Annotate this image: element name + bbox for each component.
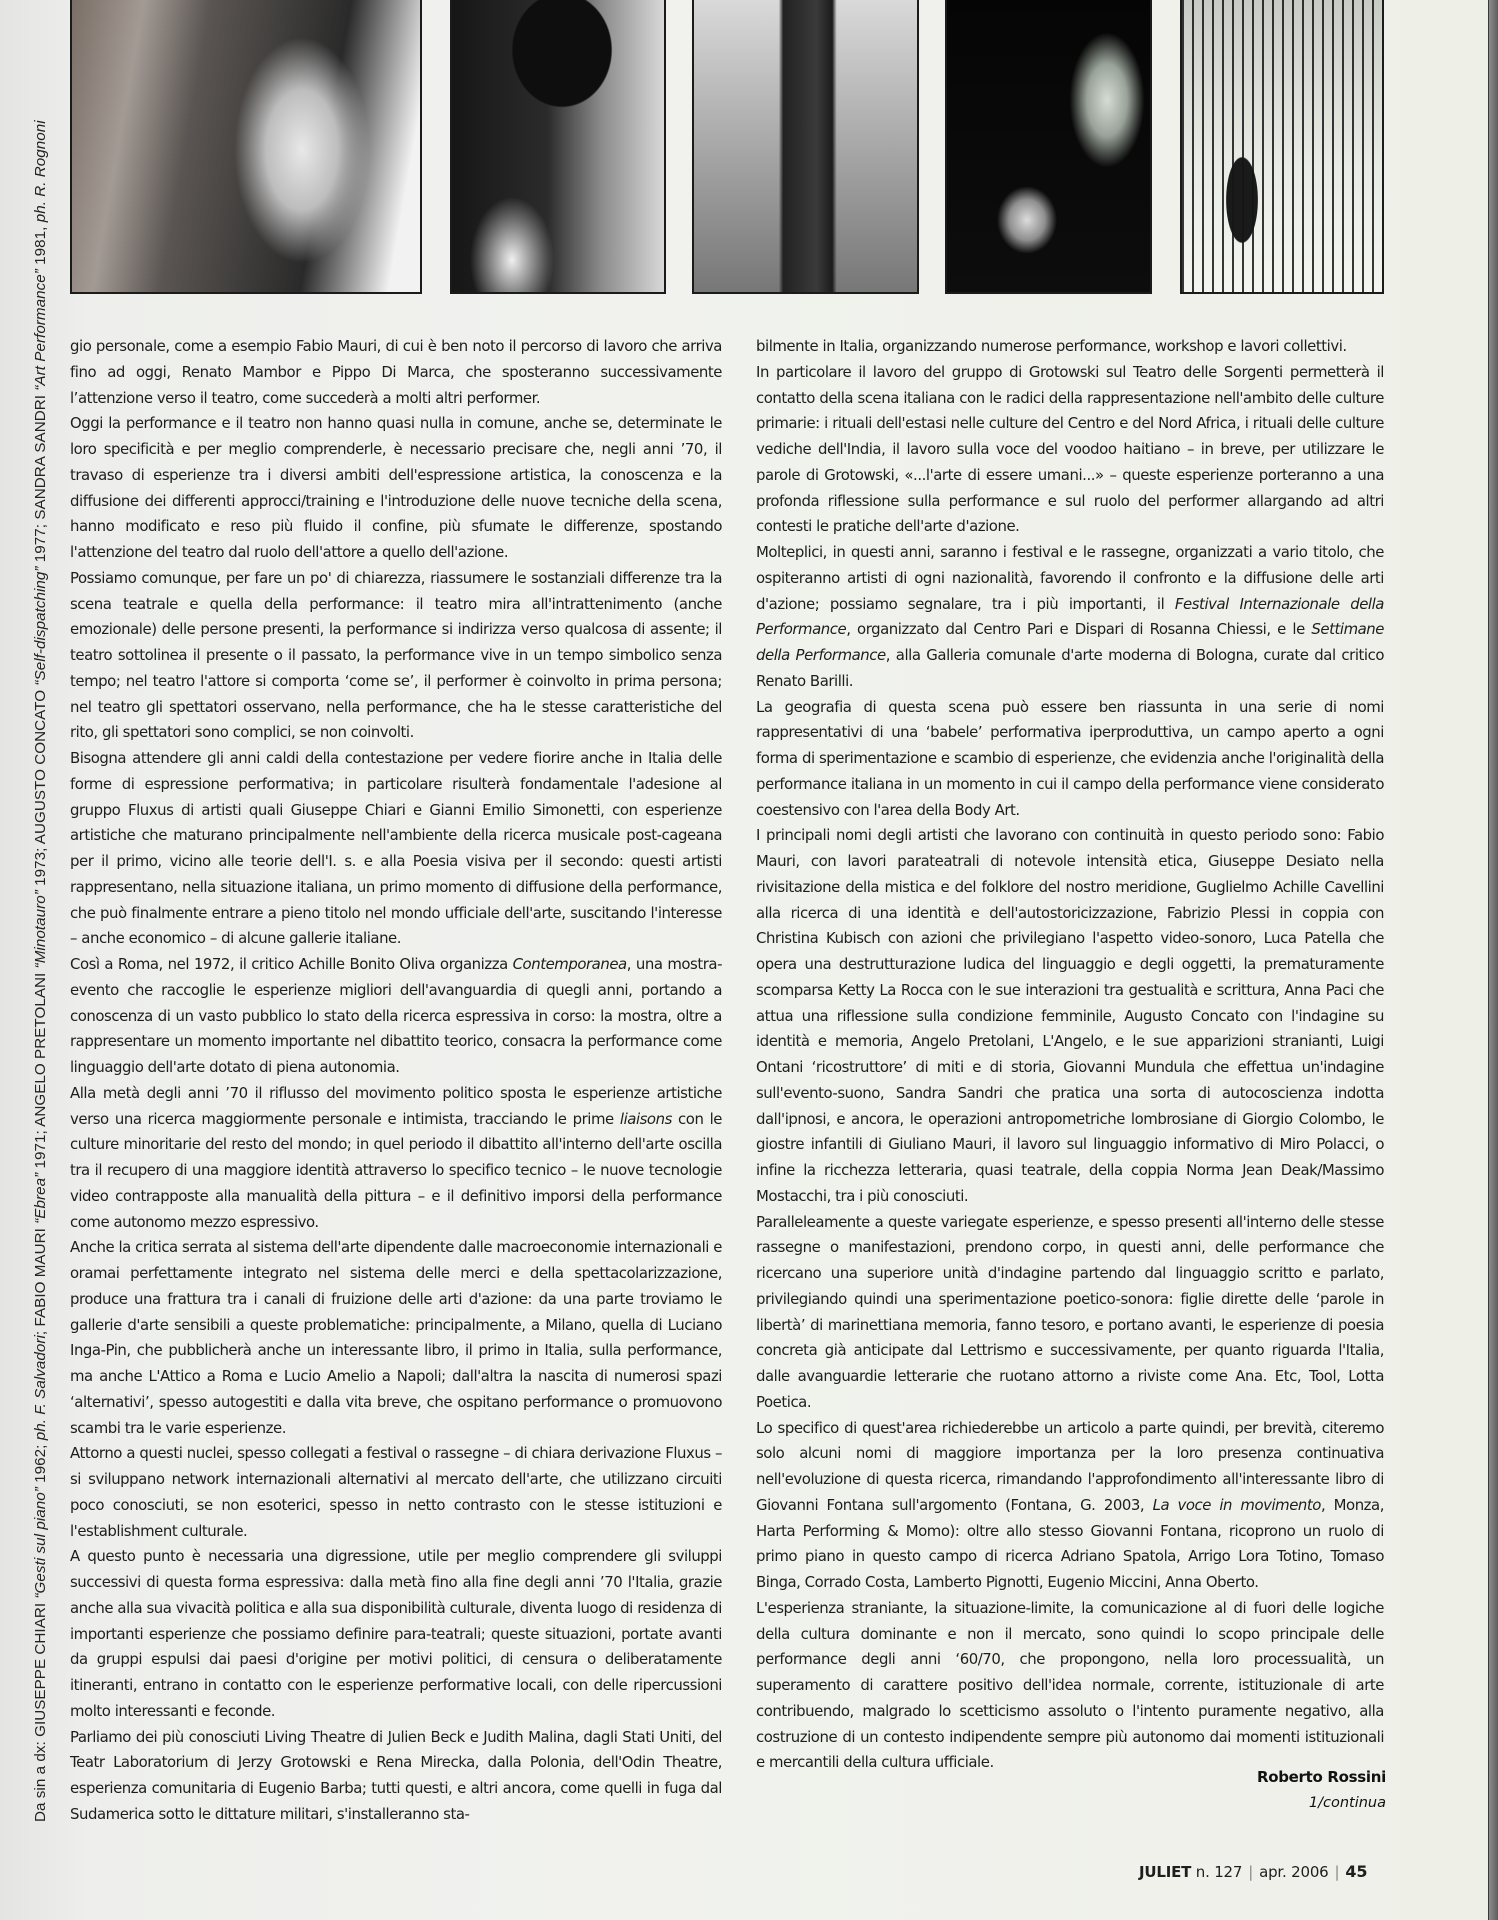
page-footer: JULIET n. 127|apr. 2006|45 [1139, 1862, 1367, 1881]
magazine-page: Da sin a dx: GIUSEPPE CHIARI “Gesti sul … [0, 0, 1489, 1920]
article-column-left: gio personale, come a esempio Fabio Maur… [70, 334, 722, 1828]
paragraph: I principali nomi degli artisti che lavo… [756, 823, 1384, 1209]
paragraph: In particolare il lavoro del gruppo di G… [756, 360, 1384, 540]
photo-image [947, 0, 1150, 292]
paragraph: L'esperienza straniante, la situazione-l… [756, 1596, 1384, 1776]
paragraph: La geografia di questa scena può essere … [756, 695, 1384, 824]
article-column-right: bilmente in Italia, organizzando numeros… [756, 334, 1384, 1776]
italic-term: liaisons [620, 1110, 672, 1128]
italic-title: La voce in movimento [1153, 1496, 1321, 1514]
photo-caption-vertical: Da sin a dx: GIUSEPPE CHIARI “Gesti sul … [32, 120, 49, 1822]
photo-fabio-mauri [450, 0, 666, 294]
paragraph: Così a Roma, nel 1972, il critico Achill… [70, 952, 722, 1081]
caption-prefix: Da sin a dx: [32, 1737, 49, 1822]
paragraph: Bisogna attendere gli anni caldi della c… [70, 746, 722, 952]
footer-separator: | [1335, 1863, 1340, 1881]
paragraph: Possiamo comunque, per fare un po' di ch… [70, 566, 722, 746]
photo-image [72, 0, 420, 292]
footer-separator: | [1248, 1863, 1253, 1881]
photo-augusto-concato [945, 0, 1152, 294]
continuation-note: 1/continua [756, 1790, 1386, 1816]
photo-angelo-pretolani [692, 0, 919, 294]
paragraph: Attorno a questi nuclei, spesso collegat… [70, 1441, 722, 1544]
photo-image [694, 0, 917, 292]
author-name: Roberto Rossini [756, 1764, 1386, 1790]
photo-giuseppe-chiari [70, 0, 422, 294]
photo-image [1182, 0, 1382, 292]
paragraph: Oggi la performance e il teatro non hann… [70, 411, 722, 566]
caption-item: SANDRA SANDRI “Art Performance” 1981, ph… [32, 120, 49, 519]
caption-item: ANGELO PRETOLANI “Minotauro” 1973; [32, 844, 49, 1127]
paragraph: Paralleleamente a queste variegate esper… [756, 1210, 1384, 1416]
page-number: 45 [1345, 1862, 1367, 1881]
paragraph: A questo punto è necessaria una digressi… [70, 1544, 722, 1724]
italic-title: Contemporanea [513, 955, 627, 973]
paragraph: Anche la critica serrata al sistema dell… [70, 1235, 722, 1441]
paragraph: Molteplici, in questi anni, saranno i fe… [756, 540, 1384, 695]
page-edge-shadow [1489, 0, 1498, 1920]
byline: Roberto Rossini 1/continua [756, 1764, 1386, 1816]
caption-item: GIUSEPPE CHIARI “Gesti sul piano” 1962; … [32, 1327, 49, 1737]
issue-number: n. 127 [1196, 1863, 1242, 1881]
paragraph: bilmente in Italia, organizzando numeros… [756, 334, 1384, 360]
photo-sandra-sandri [1180, 0, 1384, 294]
caption-item: AUGUSTO CONCATO “Self-dispatching” 1977; [32, 520, 49, 845]
paragraph: gio personale, come a esempio Fabio Maur… [70, 334, 722, 411]
issue-date: apr. 2006 [1259, 1863, 1328, 1881]
magazine-name: JULIET [1139, 1863, 1191, 1881]
paragraph: Lo specifico di quest'area richiederebbe… [756, 1416, 1384, 1596]
paragraph: Alla metà degli anni ’70 il riflusso del… [70, 1081, 722, 1236]
photo-image [452, 0, 664, 292]
paragraph: Parliamo dei più conosciuti Living Theat… [70, 1725, 722, 1828]
caption-item: FABIO MAURI “Ebrea” 1971; [32, 1127, 49, 1327]
